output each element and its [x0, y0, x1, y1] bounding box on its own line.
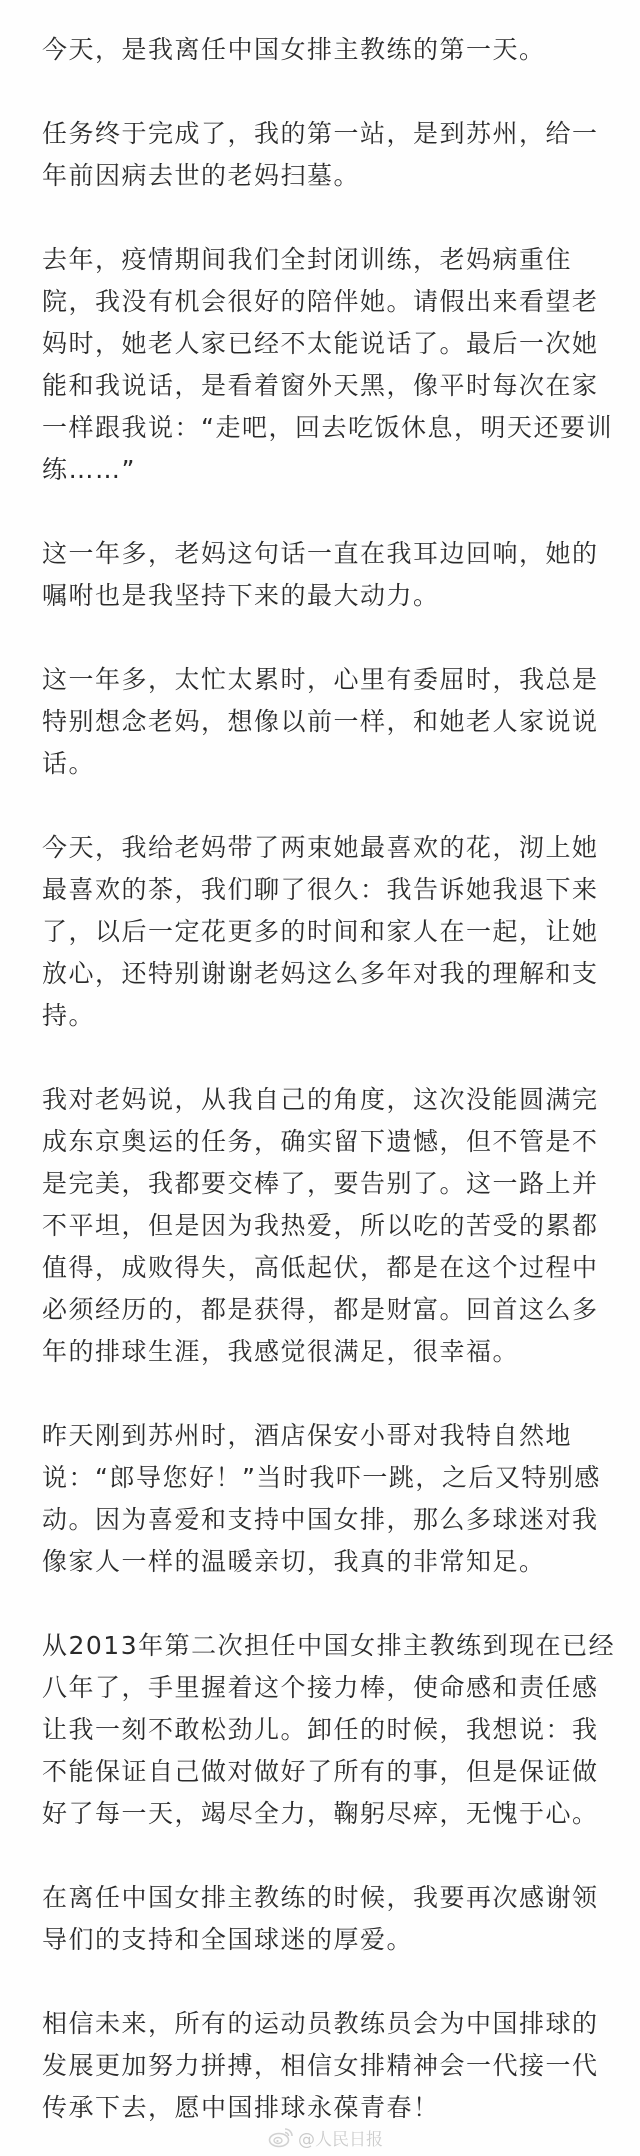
- paragraph: 今天，是我离任中国女排主教练的第一天。: [42, 29, 602, 71]
- text-line: 昨天刚到苏州时，酒店保安小哥对我特自然地: [42, 1415, 602, 1457]
- text-line: 像家人一样的温暖亲切，我真的非常知足。: [42, 1541, 602, 1583]
- text-line: 好了每一天，竭尽全力，鞠躬尽瘁，无愧于心。: [42, 1793, 602, 1835]
- text-line: 练……”: [42, 449, 602, 491]
- paragraph: 今天，我给老妈带了两束她最喜欢的花，沏上她最喜欢的茶，我们聊了很久：我告诉她我退…: [42, 827, 602, 1037]
- text-line: 这一年多，太忙太累时，心里有委屈时，我总是: [42, 659, 602, 701]
- text-line: 年的排球生涯，我感觉很满足，很幸福。: [42, 1331, 602, 1373]
- text-line: 让我一刻不敢松劲儿。卸任的时候，我想说：我: [42, 1709, 602, 1751]
- watermark-text: @人民日报: [298, 2125, 383, 2150]
- text-line: 不平坦，但是因为我热爱，所以吃的苦受的累都: [42, 1205, 602, 1247]
- paragraph: 昨天刚到苏州时，酒店保安小哥对我特自然地说：“郎导您好！”当时我吓一跳，之后又特…: [42, 1415, 602, 1583]
- text-line: 成东京奥运的任务，确实留下遗憾，但不管是不: [42, 1121, 602, 1163]
- text-line: 今天，是我离任中国女排主教练的第一天。: [42, 29, 602, 71]
- text-line: 年前因病去世的老妈扫墓。: [42, 155, 602, 197]
- text-line: 院，我没有机会很好的陪伴她。请假出来看望老: [42, 281, 602, 323]
- text-line: 动。因为喜爱和支持中国女排，那么多球迷对我: [42, 1499, 602, 1541]
- text-line: 任务终于完成了，我的第一站，是到苏州，给一: [42, 113, 602, 155]
- watermark: @人民日报: [268, 2124, 383, 2150]
- text-line: 妈时，她老人家已经不太能说话了。最后一次她: [42, 323, 602, 365]
- text-line: 传承下去，愿中国排球永葆青春！: [42, 2087, 602, 2129]
- text-line: 话。: [42, 743, 602, 785]
- paragraph: 我对老妈说，从我自己的角度，这次没能圆满完成东京奥运的任务，确实留下遗憾，但不管…: [42, 1079, 602, 1373]
- text-line: 发展更加努力拼搏，相信女排精神会一代接一代: [42, 2045, 602, 2087]
- paragraph: 相信未来，所有的运动员教练员会为中国排球的发展更加努力拼搏，相信女排精神会一代接…: [42, 2003, 602, 2129]
- text-line: 从2013年第二次担任中国女排主教练到现在已经: [42, 1625, 602, 1667]
- paragraph: 去年，疫情期间我们全封闭训练，老妈病重住院，我没有机会很好的陪伴她。请假出来看望…: [42, 239, 602, 491]
- paragraph: 这一年多，太忙太累时，心里有委屈时，我总是特别想念老妈，想像以前一样，和她老人家…: [42, 659, 602, 785]
- text-line: 一样跟我说：“走吧，回去吃饭休息，明天还要训: [42, 407, 602, 449]
- weibo-icon: [268, 2126, 294, 2148]
- text-line: 导们的支持和全国球迷的厚爱。: [42, 1919, 602, 1961]
- text-line: 必须经历的，都是获得，都是财富。回首这么多: [42, 1289, 602, 1331]
- text-line: 放心，还特别谢谢老妈这么多年对我的理解和支: [42, 953, 602, 995]
- text-line: 能和我说话，是看着窗外天黑，像平时每次在家: [42, 365, 602, 407]
- text-line: 最喜欢的茶，我们聊了很久：我告诉她我退下来: [42, 869, 602, 911]
- text-line: 嘱咐也是我坚持下来的最大动力。: [42, 575, 602, 617]
- text-line: 八年了，手里握着这个接力棒，使命感和责任感: [42, 1667, 602, 1709]
- text-line: 说：“郎导您好！”当时我吓一跳，之后又特别感: [42, 1457, 602, 1499]
- text-line: 这一年多，老妈这句话一直在我耳边回响，她的: [42, 533, 602, 575]
- paragraph: 在离任中国女排主教练的时候，我要再次感谢领导们的支持和全国球迷的厚爱。: [42, 1877, 602, 1961]
- paragraph: 这一年多，老妈这句话一直在我耳边回响，她的嘱咐也是我坚持下来的最大动力。: [42, 533, 602, 617]
- paragraph: 任务终于完成了，我的第一站，是到苏州，给一年前因病去世的老妈扫墓。: [42, 113, 602, 197]
- text-line: 值得，成败得失，高低起伏，都是在这个过程中: [42, 1247, 602, 1289]
- text-line: 不能保证自己做对做好了所有的事，但是保证做: [42, 1751, 602, 1793]
- article-body: 今天，是我离任中国女排主教练的第一天。任务终于完成了，我的第一站，是到苏州，给一…: [42, 29, 602, 2129]
- text-line: 是完美，我都要交棒了，要告别了。这一路上并: [42, 1163, 602, 1205]
- text-line: 了，以后一定花更多的时间和家人在一起，让她: [42, 911, 602, 953]
- paragraph: 从2013年第二次担任中国女排主教练到现在已经八年了，手里握着这个接力棒，使命感…: [42, 1625, 602, 1835]
- text-line: 今天，我给老妈带了两束她最喜欢的花，沏上她: [42, 827, 602, 869]
- text-line: 持。: [42, 995, 602, 1037]
- text-line: 特别想念老妈，想像以前一样，和她老人家说说: [42, 701, 602, 743]
- text-line: 我对老妈说，从我自己的角度，这次没能圆满完: [42, 1079, 602, 1121]
- text-line: 在离任中国女排主教练的时候，我要再次感谢领: [42, 1877, 602, 1919]
- text-line: 去年，疫情期间我们全封闭训练，老妈病重住: [42, 239, 602, 281]
- text-line: 相信未来，所有的运动员教练员会为中国排球的: [42, 2003, 602, 2045]
